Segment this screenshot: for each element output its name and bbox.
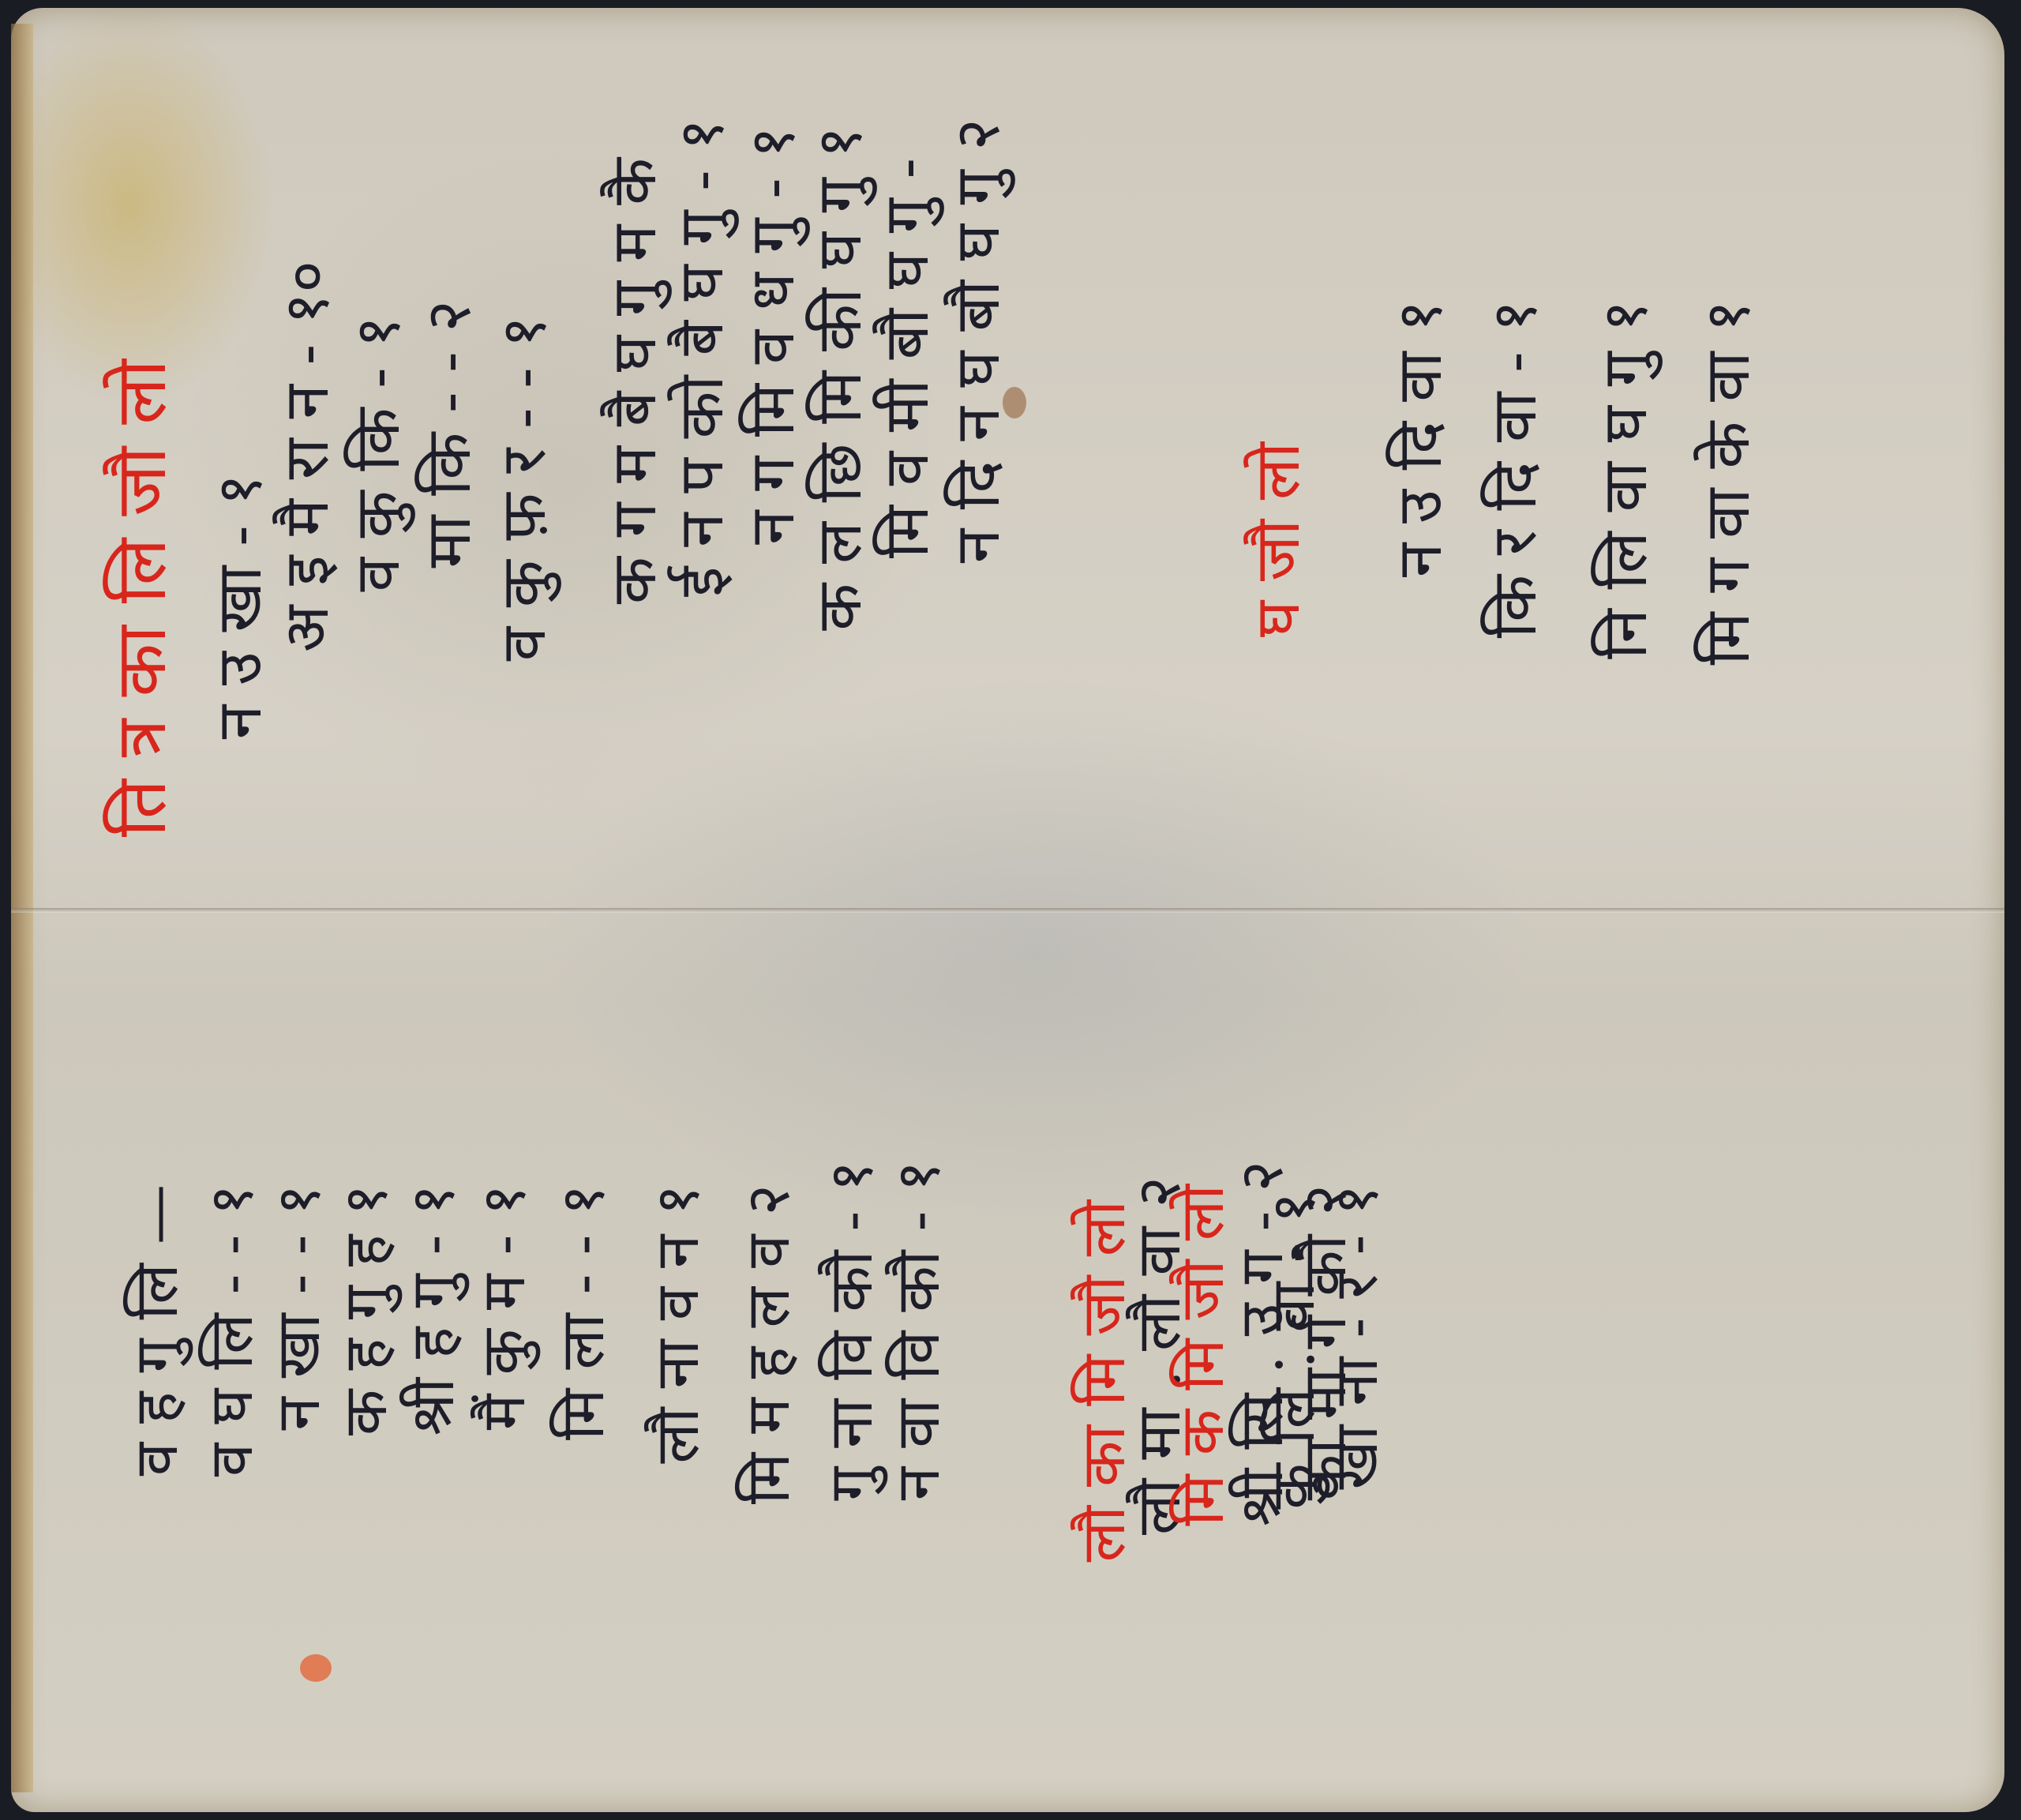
lower-line: क ह गु ह १ <box>336 1184 396 1435</box>
upper-section2-line: न उ दि वा १ <box>1389 300 1451 577</box>
upper-line: क ल छि मि की घ गु १ <box>809 126 871 631</box>
upper-line: न दि न घ बौ घ गु २ <box>947 118 1009 563</box>
lower-line: मि म ह ल व २ <box>738 1184 798 1504</box>
upper-line: व कु कि - १ <box>347 316 409 591</box>
lower-line: व ह गु लि — <box>126 1184 186 1476</box>
lower-line: लौ ना व न १ <box>647 1184 707 1464</box>
upper-line: व कु फ़ र - - १ <box>493 316 555 661</box>
lower-line: व घ लि - - १ <box>201 1184 261 1477</box>
upper-section2-line: कि र दि वा - १ <box>1484 300 1546 638</box>
upper-line: ई न प को बै घ गु - १ <box>671 118 733 597</box>
upper-line: क ग म बै घ गु म कै <box>604 158 666 604</box>
upper-section2-line: नि लि वा घ गु १ <box>1595 300 1656 659</box>
lower-line: न खा - - १ <box>268 1184 328 1431</box>
lower-line: न वा वि कौ - १ <box>888 1161 948 1500</box>
upper-heading: ति त्र का लि जौ लो <box>107 126 176 837</box>
lower-line: मि ला - - १ <box>553 1184 613 1440</box>
upper-line: मा कि - - २ <box>418 300 480 568</box>
lower-section3-line: खा ना - र - १ <box>1326 1184 1386 1489</box>
upper-line: मि व मी बौ घ गु - <box>876 158 938 558</box>
page-fold <box>11 908 2004 913</box>
upper-section2-line: मि ग वा के वा १ <box>1697 300 1759 665</box>
lower-section3-heading: मि क मि जौ लो <box>1172 1184 1232 1526</box>
lower-line: श्री ह गु - १ <box>403 1184 463 1435</box>
upper-line: न ग मि व ध गु - १ <box>742 126 804 545</box>
lower-line: गु ना वि कौ - १ <box>821 1161 881 1501</box>
upper-line: न उ खा - १ <box>209 474 271 739</box>
upper-line: अ इ मै रा न - १० <box>276 261 338 652</box>
upper-section2-heading: घ जौ लो <box>1247 442 1309 637</box>
lower-line: मैं कु म - १ <box>474 1184 534 1430</box>
orange-stain <box>300 1654 332 1682</box>
